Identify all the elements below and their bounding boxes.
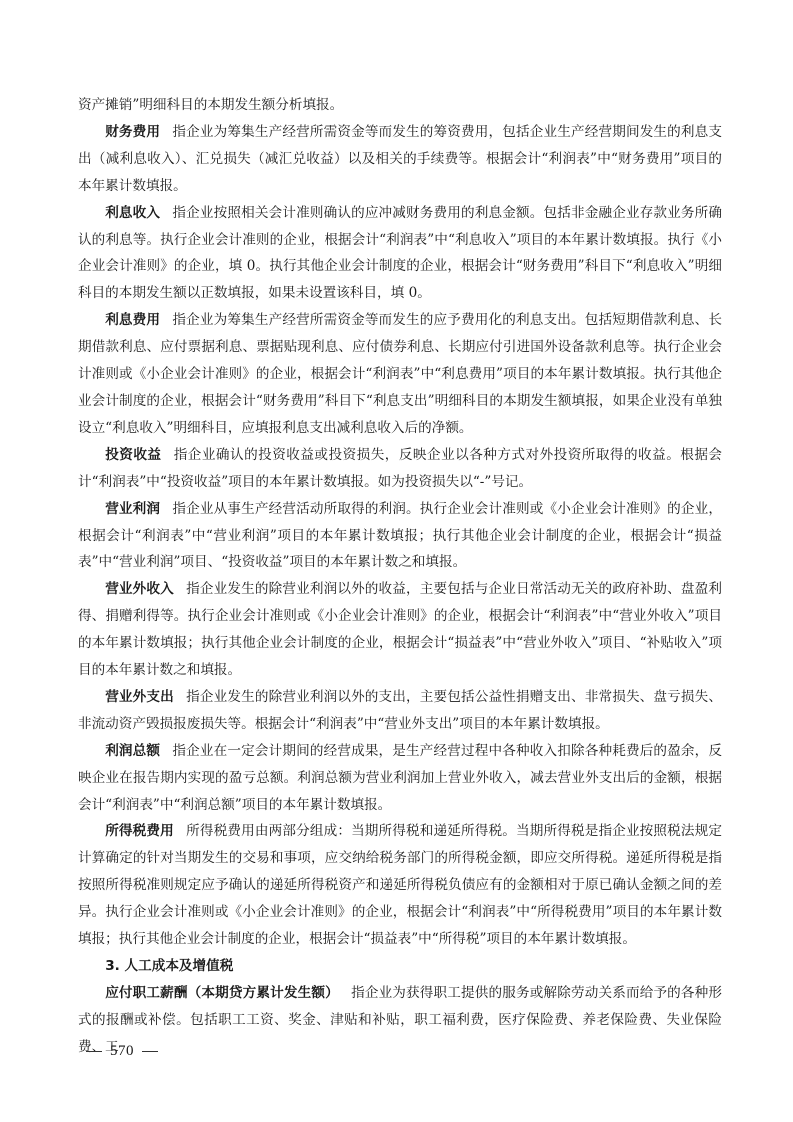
entry-interest-expense: 利息费用指企业为筹集生产经营所需资金等而发生的应予费用化的利息支出。包括短期借款… <box>78 307 722 442</box>
term-label: 利润总额 <box>105 743 160 759</box>
term-definition: 指企业按照相关会计准则确认的应冲减财务费用的利息金额。包括非金融企业存款业务所确… <box>78 205 722 302</box>
term-label: 所得税费用 <box>105 823 174 839</box>
entry-non-operating-income: 营业外收入指企业发生的除营业利润以外的收益，主要包括与企业日常活动无关的政府补助… <box>78 576 722 684</box>
entry-income-tax-expense: 所得税费用所得税费用由两部分组成：当期所得税和递延所得税。当期所得税是指企业按照… <box>78 818 722 953</box>
entry-interest-income: 利息收入指企业按照相关会计准则确认的应冲减财务费用的利息金额。包括非金融企业存款… <box>78 200 722 308</box>
term-definition: 指企业确认的投资收益或投资损失，反映企业以各种方式对外投资所取得的收益。根据会计… <box>78 447 722 490</box>
term-label: 财务费用 <box>105 124 160 140</box>
dash-decoration <box>142 1051 158 1052</box>
entry-financial-expenses: 财务费用指企业为筹集生产经营所需资金等而发生的筹资费用，包括企业生产经营期间发生… <box>78 119 722 200</box>
term-label: 应付职工薪酬（本期贷方累计发生额） <box>105 985 339 1001</box>
document-page: 资产摊销”明细科目的本期发生额分析填报。 财务费用指企业为筹集生产经营所需资金等… <box>78 92 722 1061</box>
entry-non-operating-expenses: 营业外支出指企业发生的除营业利润以外的支出，主要包括公益性捐赠支出、非常损失、盘… <box>78 684 722 738</box>
dash-decoration <box>86 1051 102 1052</box>
term-definition: 指企业发生的除营业利润以外的收益，主要包括与企业日常活动无关的政府补助、盘盈利得… <box>78 581 722 678</box>
term-definition: 指企业为筹集生产经营所需资金等而发生的筹资费用，包括企业生产经营期间发生的利息支… <box>78 124 722 194</box>
term-definition: 指企业在一定会计期间的经营成果，是生产经营过程中各种收入扣除各种耗费后的盈余，反… <box>78 743 722 813</box>
entry-operating-profit: 营业利润指企业从事生产经营活动所取得的利润。执行企业会计准则或《小企业会计准则》… <box>78 496 722 577</box>
term-label: 利息费用 <box>105 312 160 328</box>
entry-total-profit: 利润总额指企业在一定会计期间的经营成果，是生产经营过程中各种收入扣除各种耗费后的… <box>78 738 722 819</box>
continuation-paragraph: 资产摊销”明细科目的本期发生额分析填报。 <box>78 92 722 119</box>
term-label: 营业外收入 <box>105 581 174 597</box>
term-label: 利息收入 <box>105 205 160 221</box>
term-label: 营业利润 <box>105 501 160 517</box>
term-label: 营业外支出 <box>105 689 174 705</box>
entry-payroll-payable: 应付职工薪酬（本期贷方累计发生额）指企业为获得职工提供的服务或解除劳动关系而给予… <box>78 980 722 1061</box>
term-label: 投资收益 <box>105 447 161 463</box>
page-number: 570 <box>78 1043 166 1060</box>
term-definition: 指企业从事生产经营活动所取得的利润。执行企业会计准则或《小企业会计准则》的企业，… <box>78 501 722 571</box>
section-heading: 3. 人工成本及增值税 <box>78 953 722 980</box>
entry-investment-income: 投资收益指企业确认的投资收益或投资损失，反映企业以各种方式对外投资所取得的收益。… <box>78 442 722 496</box>
page-number-value: 570 <box>110 1043 134 1059</box>
term-definition: 指企业发生的除营业利润以外的支出，主要包括公益性捐赠支出、非常损失、盘亏损失、非… <box>78 689 722 732</box>
term-definition: 所得税费用由两部分组成：当期所得税和递延所得税。当期所得税是指企业按照税法规定计… <box>78 823 722 947</box>
term-definition: 指企业为筹集生产经营所需资金等而发生的应予费用化的利息支出。包括短期借款利息、长… <box>78 312 722 436</box>
